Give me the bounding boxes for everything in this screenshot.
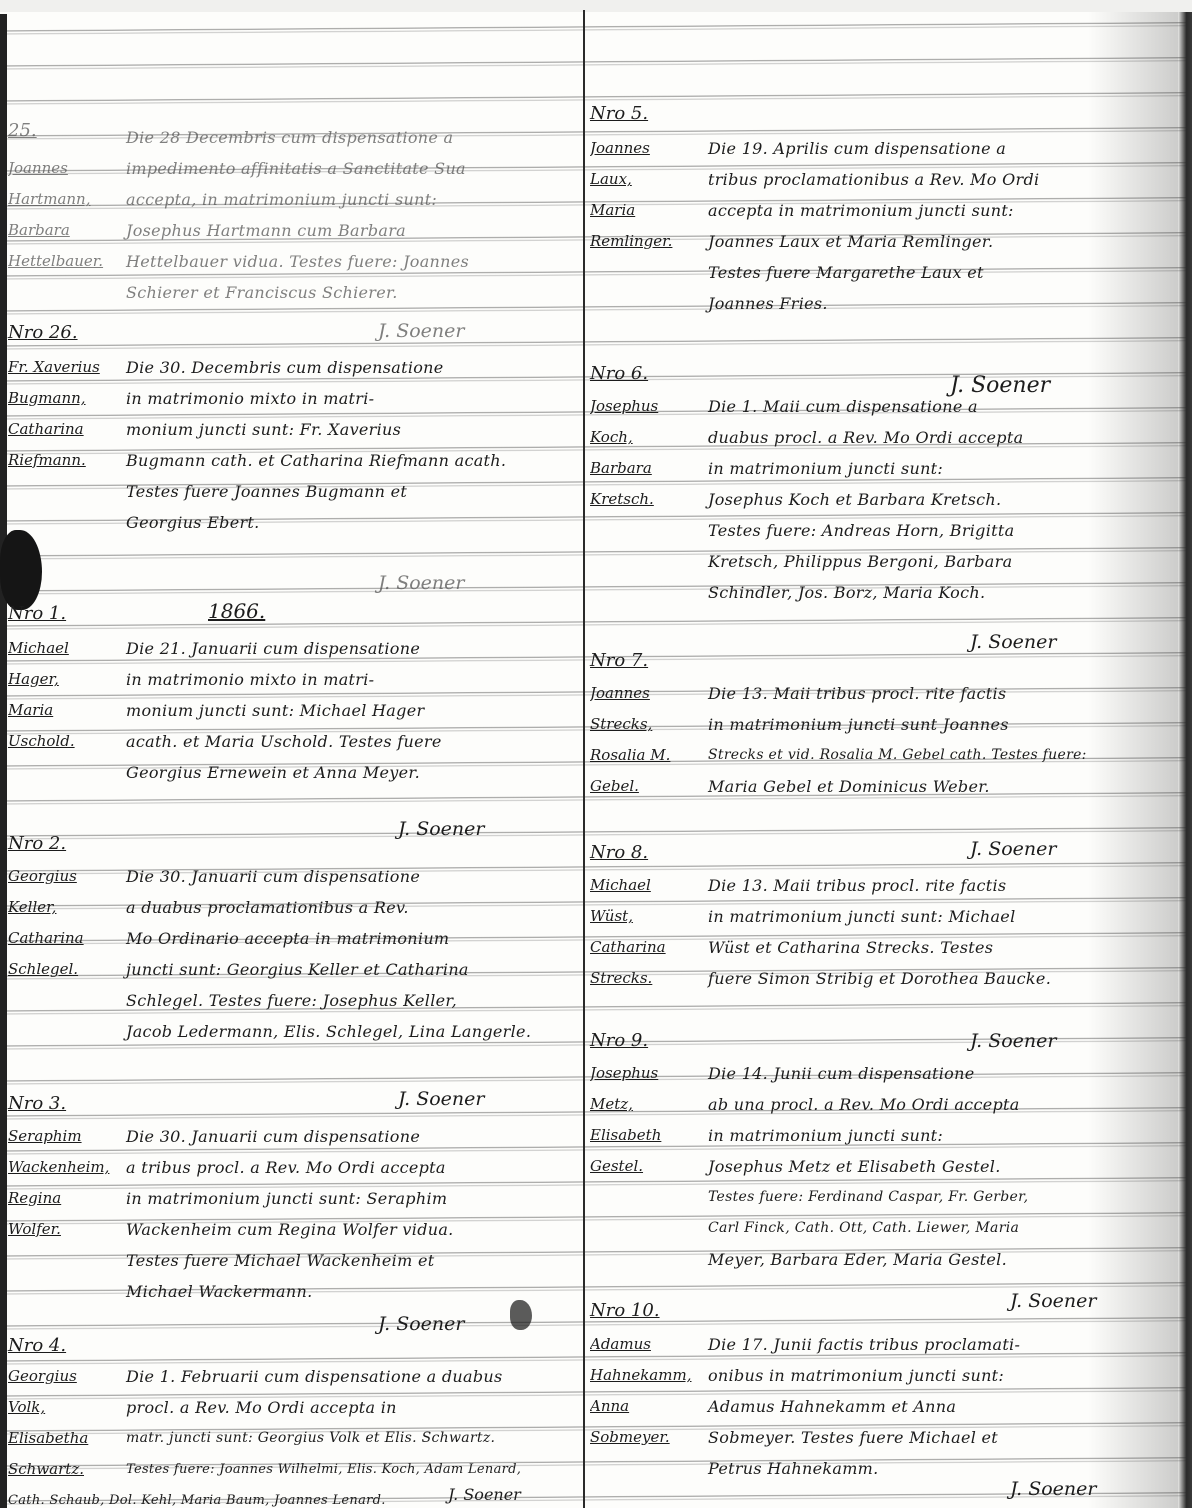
groom-surname: Laux,	[590, 164, 698, 195]
entry-line: Joannes Fries.	[708, 288, 1039, 319]
entry-line: in matrimonium juncti sunt:	[708, 1120, 1028, 1151]
spouse-names: Joannes Laux, Maria Remlinger.	[590, 133, 698, 257]
entry-line: accepta in matrimonium juncti sunt:	[708, 195, 1039, 226]
entry-number: Nro 4.	[8, 1335, 66, 1356]
spouse-names: Michael Hager, Maria Uschold.	[8, 633, 116, 757]
entry-line: Die 19. Aprilis cum dispensatione a	[708, 133, 1039, 164]
groom-surname: Hahnekamm,	[590, 1360, 698, 1391]
scan-right-edge	[1178, 12, 1192, 1508]
groom-first-name: Joannes	[8, 153, 116, 184]
entry-text: Die 14. Junii cum dispensatione ab una p…	[708, 1058, 1028, 1275]
entry-line: acath. et Maria Uschold. Testes fuere	[126, 726, 442, 757]
bride-surname: Hettelbauer.	[8, 246, 116, 277]
bride-surname: Gestel.	[590, 1151, 698, 1182]
entry-line: Kretsch, Philippus Bergoni, Barbara	[708, 546, 1023, 577]
entry-line: Schlegel. Testes fuere: Josephus Keller,	[126, 985, 531, 1016]
spouse-names: Josephus Metz, Elisabeth Gestel.	[590, 1058, 698, 1182]
groom-surname: Bugmann,	[8, 383, 116, 414]
groom-first-name: Adamus	[590, 1329, 698, 1360]
entry-line: monium juncti sunt: Michael Hager	[126, 695, 442, 726]
bride-first-name: Barbara	[590, 453, 698, 484]
entry-line: Die 14. Junii cum dispensatione	[708, 1058, 1028, 1089]
entry-line: in matrimonium juncti sunt Joannes	[708, 709, 1087, 740]
groom-first-name: Josephus	[590, 391, 698, 422]
entry-line: Die 30. Januarii cum dispensatione	[126, 861, 531, 892]
priest-signature: J. Soener	[398, 1088, 484, 1110]
entry-line: Josephus Koch et Barbara Kretsch.	[708, 484, 1023, 515]
priest-signature: J. Soener	[1010, 1290, 1096, 1312]
register-year: 1866.	[208, 599, 265, 623]
bride-surname: Schlegel.	[8, 954, 116, 985]
entry-number: Nro 2.	[8, 833, 66, 854]
scan-left-edge	[0, 14, 7, 1508]
groom-surname: Metz,	[590, 1089, 698, 1120]
groom-surname: Wüst,	[590, 901, 698, 932]
priest-signature: J. Soener	[448, 1485, 521, 1504]
entry-line: procl. a Rev. Mo Ordi accepta in	[126, 1392, 521, 1423]
entry-number: 25.	[8, 120, 37, 141]
entry-line: Die 30. Januarii cum dispensatione	[126, 1121, 454, 1152]
entry-line: Michael Wackermann.	[126, 1276, 454, 1307]
bride-first-name: Catharina	[590, 932, 698, 963]
bride-surname: Remlinger.	[590, 226, 698, 257]
entry-number: Nro 1.	[8, 603, 66, 624]
priest-signature: J. Soener	[378, 1313, 464, 1335]
bride-surname: Gebel.	[590, 771, 698, 802]
bride-surname: Kretsch.	[590, 484, 698, 515]
spouse-names: Michael Wüst, Catharina Strecks.	[590, 870, 698, 994]
bride-first-name: Maria	[8, 695, 116, 726]
entry-text: Die 1. Maii cum dispensatione a duabus p…	[708, 391, 1023, 608]
entry-number: Nro 26.	[8, 322, 78, 343]
entry-text: Die 21. Januarii cum dispensatione in ma…	[126, 633, 442, 788]
entry-line: accepta, in matrimonium juncti sunt:	[126, 184, 469, 215]
entry-line: Petrus Hahnekamm.	[708, 1453, 1020, 1484]
entry-line: Cath. Schaub, Dol. Kehl, Maria Baum, Joa…	[8, 1485, 521, 1508]
entry-text: Die 30. Januarii cum dispensatione a dua…	[126, 861, 531, 1047]
bride-surname: Strecks.	[590, 963, 698, 994]
spouse-names: Josephus Koch, Barbara Kretsch.	[590, 391, 698, 515]
entry-line: Mo Ordinario accepta in matrimonium	[126, 923, 531, 954]
entry-line: Testes fuere: Joannes Wilhelmi, Elis. Ko…	[8, 1454, 521, 1485]
entry-line: in matrimonium juncti sunt:	[708, 453, 1023, 484]
left-column: 25. Joannes Hartmann, Barbara Hettelbaue…	[8, 0, 580, 1508]
entry-number: Nro 8.	[590, 842, 648, 863]
entry-text: Die 17. Junii factis tribus proclamati- …	[708, 1329, 1020, 1484]
entry-line: Die 17. Junii factis tribus proclamati-	[708, 1329, 1020, 1360]
groom-first-name: Seraphim	[8, 1121, 116, 1152]
entry-number: Nro 9.	[590, 1030, 648, 1051]
entry-line: Die 13. Maii tribus procl. rite factis	[708, 870, 1051, 901]
entry-line: Testes fuere Joannes Bugmann et	[126, 476, 506, 507]
entry-line: in matrimonio mixto in matri-	[126, 383, 506, 414]
entry-line: Josephus Hartmann cum Barbara	[126, 215, 469, 246]
entry-line: juncti sunt: Georgius Keller et Catharin…	[126, 954, 531, 985]
entry-line: Josephus Metz et Elisabeth Gestel.	[708, 1151, 1028, 1182]
bride-surname: Uschold.	[8, 726, 116, 757]
entry-text: Die 30. Januarii cum dispensatione a tri…	[126, 1121, 454, 1307]
priest-signature: J. Soener	[378, 572, 464, 594]
bride-first-name: Barbara	[8, 215, 116, 246]
groom-surname: Keller,	[8, 892, 116, 923]
entry-line: Die 28 Decembris cum dispensatione a	[126, 122, 469, 153]
spouse-names: Adamus Hahnekamm, Anna Sobmeyer.	[590, 1329, 698, 1453]
entry-line: in matrimonium juncti sunt: Seraphim	[126, 1183, 454, 1214]
entry-line: Meyer, Barbara Eder, Maria Gestel.	[708, 1244, 1028, 1275]
bride-surname: Sobmeyer.	[590, 1422, 698, 1453]
groom-first-name: Joannes	[590, 678, 698, 709]
entry-line: Carl Finck, Cath. Ott, Cath. Liewer, Mar…	[708, 1213, 1028, 1244]
bride-first-name: Elisabeth	[590, 1120, 698, 1151]
entry-number: Nro 3.	[8, 1093, 66, 1114]
entry-line: impedimento affinitatis a Sanctitate Sua	[126, 153, 469, 184]
priest-signature: J. Soener	[970, 838, 1056, 860]
groom-first-name: Georgius	[8, 1361, 116, 1392]
entry-line: ab una procl. a Rev. Mo Ordi accepta	[708, 1089, 1028, 1120]
groom-first-name: Michael	[590, 870, 698, 901]
register-page: 25. Joannes Hartmann, Barbara Hettelbaue…	[0, 0, 1192, 1508]
bride-first-name: Regina	[8, 1183, 116, 1214]
entry-number: Nro 5.	[590, 103, 648, 124]
groom-surname: Hartmann,	[8, 184, 116, 215]
spouse-names: Joannes Strecks, Rosalia M. Gebel.	[590, 678, 698, 802]
entry-line: tribus proclamationibus a Rev. Mo Ordi	[708, 164, 1039, 195]
entry-number: Nro 7.	[590, 650, 648, 671]
entry-line: Georgius Ernewein et Anna Meyer.	[126, 757, 442, 788]
groom-surname: Koch,	[590, 422, 698, 453]
entry-line: Die 1. Maii cum dispensatione a	[708, 391, 1023, 422]
entry-line: Testes fuere: Andreas Horn, Brigitta	[708, 515, 1023, 546]
spouse-names: Joannes Hartmann, Barbara Hettelbauer.	[8, 153, 116, 277]
entry-line: Bugmann cath. et Catharina Riefmann acat…	[126, 445, 506, 476]
groom-first-name: Fr. Xaverius	[8, 352, 116, 383]
entry-line: a duabus proclamationibus a Rev.	[126, 892, 531, 923]
spouse-names: Georgius Keller, Catharina Schlegel.	[8, 861, 116, 985]
spouse-names: Fr. Xaverius Bugmann, Catharina Riefmann…	[8, 352, 116, 476]
priest-signature: J. Soener	[378, 320, 464, 342]
entry-line: Georgius Ebert.	[126, 507, 506, 538]
entry-text: Die 30. Decembris cum dispensatione in m…	[126, 352, 506, 538]
entry-line: duabus procl. a Rev. Mo Ordi accepta	[708, 422, 1023, 453]
bride-first-name: Maria	[590, 195, 698, 226]
groom-first-name: Georgius	[8, 861, 116, 892]
bride-first-name: Elisabetha	[8, 1423, 116, 1454]
bride-first-name: Catharina	[8, 923, 116, 954]
groom-first-name: Joannes	[590, 133, 698, 164]
bride-first-name: Anna	[590, 1391, 698, 1422]
groom-surname: Hager,	[8, 664, 116, 695]
scan-right-shadow	[1088, 12, 1178, 1508]
entry-text: Die 13. Maii tribus procl. rite factis i…	[708, 870, 1051, 994]
priest-signature: J. Soener	[970, 631, 1056, 653]
priest-signature: J. Soener	[1010, 1478, 1096, 1500]
entry-line: Die 21. Januarii cum dispensatione	[126, 633, 442, 664]
column-divider	[583, 10, 585, 1508]
entry-line: Schindler, Jos. Borz, Maria Koch.	[708, 577, 1023, 608]
entry-line: Joannes Laux et Maria Remlinger.	[708, 226, 1039, 257]
entry-line: Schierer et Franciscus Schierer.	[126, 277, 469, 308]
groom-first-name: Michael	[8, 633, 116, 664]
entry-line: Testes fuere Michael Wackenheim et	[126, 1245, 454, 1276]
entry-line: Hettelbauer vidua. Testes fuere: Joannes	[126, 246, 469, 277]
bride-first-name: Catharina	[8, 414, 116, 445]
groom-surname: Wackenheim,	[8, 1152, 116, 1183]
entry-line: onibus in matrimonium juncti sunt:	[708, 1360, 1020, 1391]
groom-surname: Volk,	[8, 1392, 116, 1423]
entry-line: Testes fuere: Ferdinand Caspar, Fr. Gerb…	[708, 1182, 1028, 1213]
spouse-names: Seraphim Wackenheim, Regina Wolfer.	[8, 1121, 116, 1245]
entry-text: Die 28 Decembris cum dispensatione a imp…	[126, 122, 469, 308]
entry-text: Die 13. Maii tribus procl. rite factis i…	[708, 678, 1087, 802]
entry-line: in matrimonium juncti sunt: Michael	[708, 901, 1051, 932]
entry-line: Die 1. Februarii cum dispensatione a dua…	[126, 1361, 521, 1392]
entry-line: a tribus procl. a Rev. Mo Ordi accepta	[126, 1152, 454, 1183]
groom-surname: Strecks,	[590, 709, 698, 740]
entry-line: Testes fuere Margarethe Laux et	[708, 257, 1039, 288]
entry-line: Maria Gebel et Dominicus Weber.	[708, 771, 1087, 802]
groom-first-name: Josephus	[590, 1058, 698, 1089]
entry-line: Strecks et vid. Rosalia M. Gebel cath. T…	[708, 740, 1087, 771]
entry-line: Die 30. Decembris cum dispensatione	[126, 352, 506, 383]
entry-line: in matrimonio mixto in matri-	[126, 664, 442, 695]
entry-number: Nro 6.	[590, 363, 648, 384]
bride-surname: Riefmann.	[8, 445, 116, 476]
entry-line: monium juncti sunt: Fr. Xaverius	[126, 414, 506, 445]
entry-text: Die 19. Aprilis cum dispensatione a trib…	[708, 133, 1039, 319]
bride-first-name: Rosalia M.	[590, 740, 698, 771]
entry-number: Nro 10.	[590, 1300, 660, 1321]
priest-signature: J. Soener	[970, 1030, 1056, 1052]
priest-signature: J. Soener	[398, 818, 484, 840]
entry-line: matr. juncti sunt: Georgius Volk et Elis…	[126, 1423, 521, 1454]
entry-line: Adamus Hahnekamm et Anna	[708, 1391, 1020, 1422]
bride-surname: Wolfer.	[8, 1214, 116, 1245]
right-column: Nro 5. Joannes Laux, Maria Remlinger. Di…	[590, 0, 1090, 1508]
entry-line: Jacob Ledermann, Elis. Schlegel, Lina La…	[126, 1016, 531, 1047]
entry-line: fuere Simon Stribig et Dorothea Baucke.	[708, 963, 1051, 994]
entry-line: Die 13. Maii tribus procl. rite factis	[708, 678, 1087, 709]
entry-line: Wackenheim cum Regina Wolfer vidua.	[126, 1214, 454, 1245]
entry-line: Wüst et Catharina Strecks. Testes	[708, 932, 1051, 963]
entry-line: Sobmeyer. Testes fuere Michael et	[708, 1422, 1020, 1453]
